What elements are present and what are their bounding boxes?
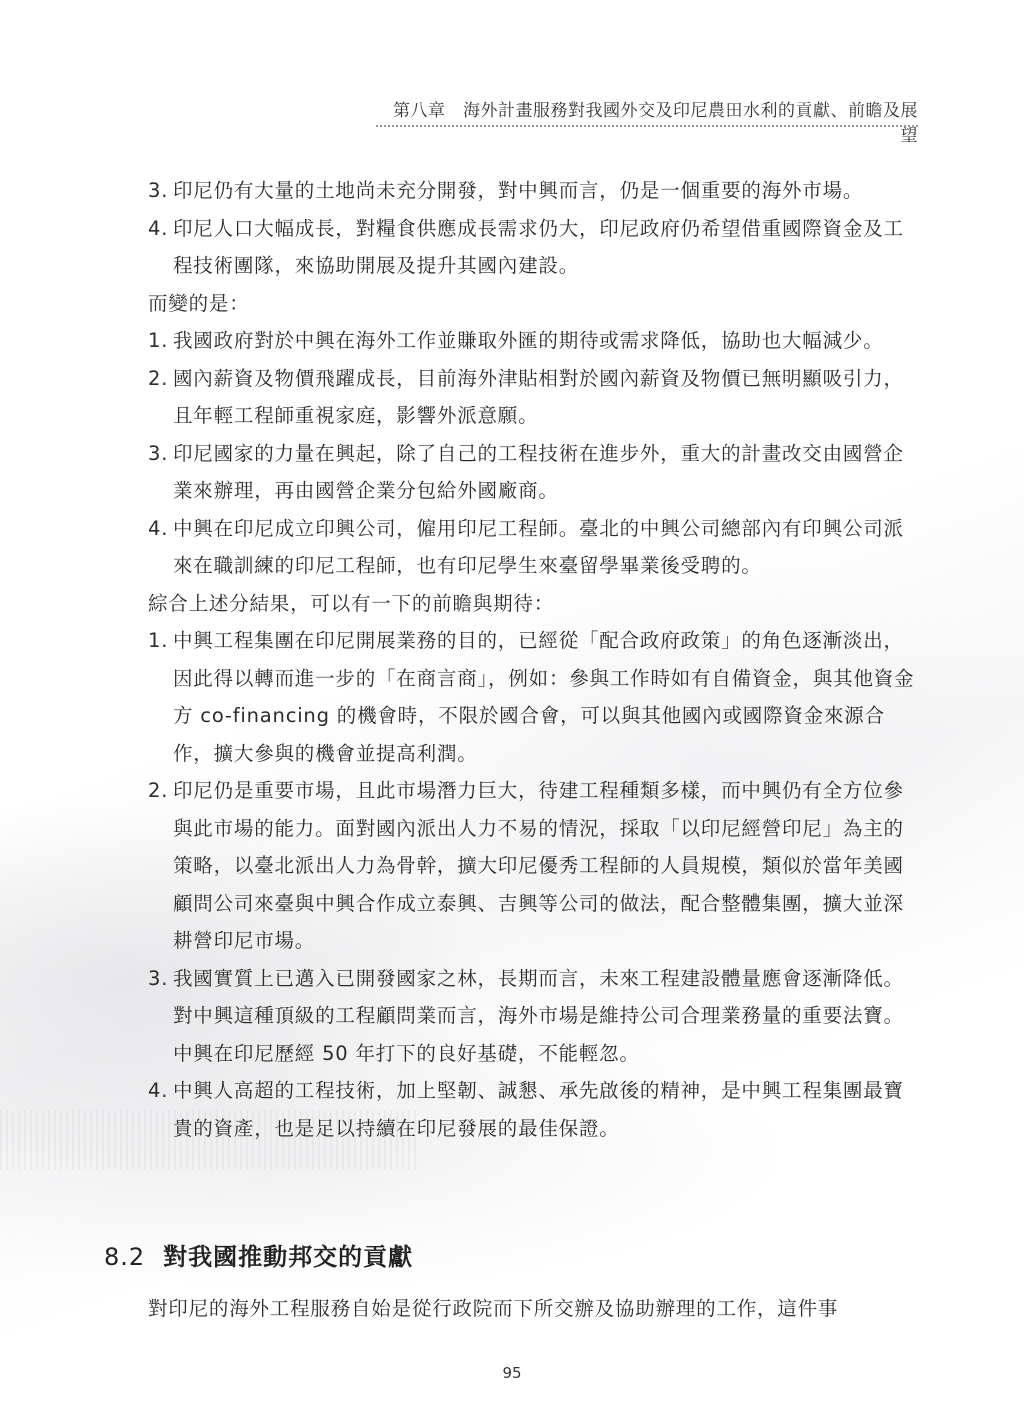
section-title: 對我國推動邦交的貢獻: [163, 1243, 413, 1271]
list-text: 中興工程集團在印尼開展業務的目的，已經從「配合政府政策」的角色逐漸淡出，因此得以…: [173, 622, 920, 772]
list-text: 印尼仍有大量的土地尚未充分開發，對中興而言，仍是一個重要的海外市場。: [173, 172, 920, 210]
list-text: 印尼仍是重要市場，且此市場潛力巨大，待建工程種類多樣，而中興仍有全方位參與此市場…: [173, 772, 920, 960]
unchanged-list: 3. 印尼仍有大量的土地尚未充分開發，對中興而言，仍是一個重要的海外市場。 4.…: [148, 172, 920, 285]
list-number: 1.: [148, 622, 173, 772]
list-text: 中興人高超的工程技術，加上堅韌、誠懇、承先啟後的精神，是中興工程集團最寶貴的資產…: [173, 1072, 920, 1147]
section-number: 8.2: [104, 1243, 145, 1271]
list-number: 2.: [148, 360, 173, 435]
list-item: 3. 印尼國家的力量在興起，除了自己的工程技術在進步外，重大的計畫改交由國營企業…: [148, 435, 920, 510]
main-content: 3. 印尼仍有大量的土地尚未充分開發，對中興而言，仍是一個重要的海外市場。 4.…: [148, 172, 920, 1147]
list-item: 2. 印尼仍是重要市場，且此市場潛力巨大，待建工程種類多樣，而中興仍有全方位參與…: [148, 772, 920, 960]
header-dotted-rule: [376, 125, 918, 127]
section-body: 對印尼的海外工程服務自始是從行政院而下所交辦及協助辦理的工作，這件事: [148, 1290, 928, 1328]
section-heading: 8.2對我國推動邦交的貢獻: [104, 1237, 413, 1272]
outlook-list: 1. 中興工程集團在印尼開展業務的目的，已經從「配合政府政策」的角色逐漸淡出，因…: [148, 622, 920, 1147]
list-item: 3. 我國實質上已邁入已開發國家之林，長期而言，未來工程建設體量應會逐漸降低。對…: [148, 960, 920, 1073]
running-header: 第八章 海外計畫服務對我國外交及印尼農田水利的貢獻、前瞻及展望: [376, 96, 918, 146]
list-item: 4. 中興人高超的工程技術，加上堅韌、誠懇、承先啟後的精神，是中興工程集團最寶貴…: [148, 1072, 920, 1147]
list-text: 中興在印尼成立印興公司，僱用印尼工程師。臺北的中興公司總部內有印興公司派來在職訓…: [173, 510, 920, 585]
list-number: 3.: [148, 172, 173, 210]
list-text: 印尼國家的力量在興起，除了自己的工程技術在進步外，重大的計畫改交由國營企業來辦理…: [173, 435, 920, 510]
list-item: 2. 國內薪資及物價飛躍成長，目前海外津貼相對於國內薪資及物價已無明顯吸引力，且…: [148, 360, 920, 435]
list-number: 4.: [148, 210, 173, 285]
changed-list: 1. 我國政府對於中興在海外工作並賺取外匯的期待或需求降低，協助也大幅減少。 2…: [148, 322, 920, 585]
list-number: 4.: [148, 510, 173, 585]
list-number: 3.: [148, 435, 173, 510]
changed-intro: 而變的是：: [148, 285, 920, 323]
list-text: 印尼人口大幅成長，對糧食供應成長需求仍大，印尼政府仍希望借重國際資金及工程技術團…: [173, 210, 920, 285]
outlook-intro: 綜合上述分結果，可以有一下的前瞻與期待：: [148, 585, 920, 623]
list-number: 4.: [148, 1072, 173, 1147]
list-number: 1.: [148, 322, 173, 360]
list-item: 1. 我國政府對於中興在海外工作並賺取外匯的期待或需求降低，協助也大幅減少。: [148, 322, 920, 360]
list-number: 2.: [148, 772, 173, 960]
list-text: 我國實質上已邁入已開發國家之林，長期而言，未來工程建設體量應會逐漸降低。對中興這…: [173, 960, 920, 1073]
list-item: 4. 中興在印尼成立印興公司，僱用印尼工程師。臺北的中興公司總部內有印興公司派來…: [148, 510, 920, 585]
list-item: 4. 印尼人口大幅成長，對糧食供應成長需求仍大，印尼政府仍希望借重國際資金及工程…: [148, 210, 920, 285]
page-number: 95: [0, 1364, 1024, 1382]
list-number: 3.: [148, 960, 173, 1073]
list-text: 我國政府對於中興在海外工作並賺取外匯的期待或需求降低，協助也大幅減少。: [173, 322, 920, 360]
list-item: 3. 印尼仍有大量的土地尚未充分開發，對中興而言，仍是一個重要的海外市場。: [148, 172, 920, 210]
list-item: 1. 中興工程集團在印尼開展業務的目的，已經從「配合政府政策」的角色逐漸淡出，因…: [148, 622, 920, 772]
list-text: 國內薪資及物價飛躍成長，目前海外津貼相對於國內薪資及物價已無明顯吸引力，且年輕工…: [173, 360, 920, 435]
